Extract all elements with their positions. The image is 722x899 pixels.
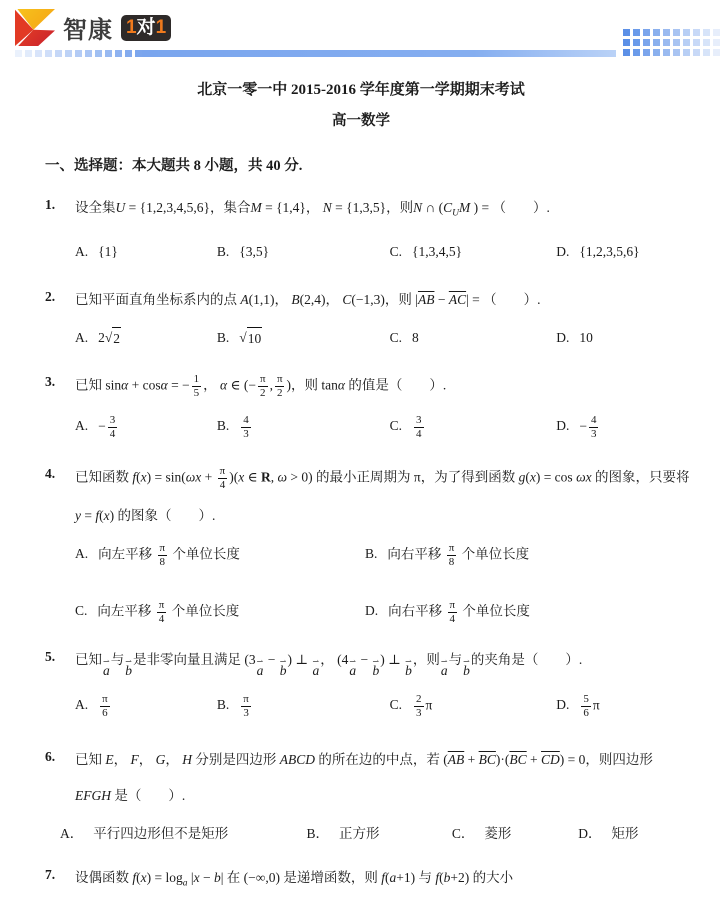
math-segment: 的大小 — [469, 870, 513, 885]
question-number: 5. — [45, 649, 75, 719]
math-segment: π4 — [157, 600, 167, 625]
math-segment: 的最小正周期为 — [313, 469, 414, 484]
option-D: D.向右平移 π4 个单位长度 — [365, 600, 692, 625]
math-segment: ωx — [576, 469, 592, 484]
math-segment: ∈ (− — [227, 377, 256, 392]
option-B: B．正方形 — [306, 823, 451, 845]
math-segment: )·( — [496, 752, 510, 767]
math-segment: = − — [168, 377, 190, 392]
math-segment: π6 — [100, 694, 110, 719]
math-segment: ， — [114, 752, 131, 767]
math-segment: ) = sin( — [147, 469, 186, 484]
math-segment: α — [161, 377, 168, 392]
math-segment: M — [459, 200, 470, 215]
math-segment: 分别是四边形 — [192, 752, 280, 767]
math-segment: 已知平面直角坐标系内的点 — [75, 292, 240, 307]
deco-dot — [673, 29, 680, 36]
option-A: A.2√2 — [75, 327, 217, 350]
math-segment: E — [105, 752, 113, 767]
badge-dui: 对 — [137, 17, 156, 38]
math-segment: ω — [277, 469, 287, 484]
question-5: 5.已知⇀a与⇀b是非零向量且满足 (3⇀a − ⇀b) ⊥ ⇀a， (4⇀a … — [45, 649, 692, 719]
math-segment: ， — [139, 752, 156, 767]
math-segment: + — [464, 752, 478, 767]
math-segment: 个单位长度 — [458, 546, 529, 561]
deco-blue-bar — [142, 50, 616, 57]
math-segment: 与 — [449, 652, 463, 667]
option-label: C. — [390, 244, 402, 259]
deco-dot — [703, 49, 710, 56]
math-segment: BC — [509, 752, 526, 767]
deco-dot — [135, 50, 142, 57]
math-segment: ) = cos — [536, 469, 576, 484]
math-segment: 是非零向量且满足 — [133, 652, 244, 667]
math-segment: CU — [443, 200, 459, 215]
math-segment: {1} — [98, 244, 118, 259]
question-stem-line2: EFGH 是（ ）. — [75, 785, 692, 807]
math-segment: 在 — [223, 870, 243, 885]
option-A: A.向左平移 π8 个单位长度 — [75, 543, 365, 568]
option-D: D．矩形 — [578, 823, 692, 845]
math-segment: ， — [275, 292, 292, 307]
math-segment: ， — [306, 200, 323, 215]
deco-dot — [713, 39, 720, 46]
math-segment: 的夹角是（ ）. — [471, 652, 582, 667]
math-segment: 向左平移 — [97, 603, 154, 618]
math-segment: (1,1) — [249, 292, 275, 307]
math-segment: 34 — [108, 415, 118, 440]
option-label: D. — [556, 418, 569, 433]
math-segment: loga — [166, 870, 188, 885]
math-segment: 43 — [241, 415, 251, 440]
options-row: A.{1}B.{3,5}C.{1,3,4,5}D.{1,2,3,5,6} — [75, 241, 692, 263]
question-stem: 已知 E， F， G， H 分别是四边形 ABCD 的所在边的中点，若 (AB … — [75, 749, 692, 771]
math-segment: tan — [321, 377, 338, 392]
math-segment: 的值是（ ）. — [345, 377, 446, 392]
question-3: 3.已知 sinα + cosα = −15， α ∈ (−π2,π2)，则 t… — [45, 374, 692, 440]
option-C: C.向左平移 π4 个单位长度 — [75, 600, 365, 625]
option-A: A.−34 — [75, 415, 217, 440]
math-segment: 正方形 — [339, 826, 380, 841]
math-segment: (2,4) — [300, 292, 326, 307]
option-B: B.{3,5} — [217, 241, 390, 263]
math-segment: 已知 — [75, 752, 105, 767]
option-B: B.43 — [217, 415, 390, 440]
option-label: B. — [217, 418, 229, 433]
option-A: A.π6 — [75, 694, 217, 719]
math-segment: | = （ ）. — [466, 292, 540, 307]
option-label: A. — [75, 244, 88, 259]
math-segment: 的图象，只要将 — [592, 469, 690, 484]
question-stem: 已知函数 f(x) = sin(ωx + π4)(x ∈ R, ω > 0) 的… — [75, 466, 692, 491]
math-segment: CD — [541, 752, 560, 767]
math-segment: π2 — [275, 374, 285, 399]
math-segment: ⇀b — [372, 659, 379, 678]
math-segment: ) ⊥ — [288, 652, 312, 667]
options-row: A．平行四边形但不是矩形B．正方形C．菱形D．矩形 — [60, 823, 692, 845]
math-segment: 向右平移 — [387, 546, 444, 561]
option-label: B. — [365, 546, 377, 561]
math-segment: M — [250, 200, 261, 215]
deco-dots-right — [623, 29, 720, 56]
math-segment: > 0) — [287, 469, 313, 484]
math-segment: R — [261, 469, 271, 484]
math-segment: ⇀a — [103, 659, 110, 678]
deco-dot — [703, 29, 710, 36]
math-segment: ，集合 — [210, 200, 251, 215]
math-segment: 与 — [111, 652, 125, 667]
math-segment: 15 — [192, 374, 202, 399]
question-body: 设偶函数 f(x) = loga |x − b| 在 (−∞,0) 是递增函数，… — [75, 867, 692, 895]
math-segment: F — [131, 752, 139, 767]
math-segment: + cos — [128, 377, 160, 392]
option-label: C. — [390, 697, 402, 712]
math-segment: )( — [229, 469, 238, 484]
option-label: C. — [390, 330, 402, 345]
section-heading: 一、选择题：本大题共 8 小题，共 40 分. — [45, 154, 722, 175]
math-segment: ， — [326, 292, 343, 307]
deco-dot — [713, 49, 720, 56]
math-segment: {1,2,3,5,6} — [579, 244, 639, 259]
option-label: A． — [60, 826, 83, 841]
deco-dot — [55, 50, 62, 57]
option-label: C． — [452, 826, 475, 841]
math-segment: ∩ ( — [422, 200, 443, 215]
option-label: A. — [75, 697, 88, 712]
option-label: D. — [556, 697, 569, 712]
option-label: A. — [75, 418, 88, 433]
math-segment: 平行四边形但不是矩形 — [93, 826, 228, 841]
option-B: B.π3 — [217, 694, 390, 719]
math-segment: 已知 — [75, 377, 105, 392]
deco-dot — [683, 39, 690, 46]
deco-dot — [663, 39, 670, 46]
math-segment: ，则 — [385, 292, 415, 307]
option-D: D.−43 — [556, 415, 692, 440]
question-stem: 设偶函数 f(x) = loga |x − b| 在 (−∞,0) 是递增函数，… — [75, 867, 692, 895]
deco-dot — [633, 29, 640, 36]
math-segment: ⇀a — [312, 659, 319, 678]
math-segment: ) = 0 — [560, 752, 586, 767]
brand-badge: 1对1 — [121, 15, 171, 41]
question-1: 1.设全集U = {1,2,3,4,5,6}，集合M = {1,4}， N = … — [45, 197, 692, 263]
math-segment: π8 — [447, 543, 457, 568]
math-segment: 矩形 — [611, 826, 638, 841]
math-segment: G — [156, 752, 166, 767]
math-segment: 的图象（ ）. — [114, 508, 215, 523]
option-label: D. — [556, 244, 569, 259]
option-C: C．菱形 — [452, 823, 578, 845]
math-segment: − — [357, 652, 371, 667]
math-segment: − — [264, 652, 278, 667]
question-body: 已知⇀a与⇀b是非零向量且满足 (3⇀a − ⇀b) ⊥ ⇀a， (4⇀a − … — [75, 649, 692, 719]
math-segment: N — [413, 200, 422, 215]
question-6: 6.已知 E， F， G， H 分别是四边形 ABCD 的所在边的中点，若 (A… — [45, 749, 692, 845]
math-segment: + — [201, 469, 215, 484]
option-label: B. — [217, 697, 229, 712]
deco-dot — [75, 50, 82, 57]
brand-header: 智康 1对1 — [0, 0, 722, 64]
option-D: D.10 — [556, 327, 692, 350]
deco-dot — [663, 49, 670, 56]
math-segment: π — [426, 697, 433, 712]
math-segment: ， — [203, 377, 220, 392]
math-segment: α — [338, 377, 345, 392]
brand-name: 智康 — [63, 10, 113, 45]
math-segment: π2 — [258, 374, 268, 399]
badge-one-left: 1 — [126, 17, 137, 38]
options-row: A.向左平移 π8 个单位长度B.向右平移 π8 个单位长度C.向左平移 π4 … — [75, 543, 692, 625]
math-segment: H — [182, 752, 192, 767]
deco-dot — [693, 49, 700, 56]
deco-dot — [693, 29, 700, 36]
option-B: B.向右平移 π8 个单位长度 — [365, 543, 692, 568]
math-segment: {3,5} — [239, 244, 269, 259]
options-row: A.π6B.π3C.23πD.56π — [75, 694, 692, 719]
math-segment: ⇀b — [405, 659, 412, 678]
deco-dot — [653, 29, 660, 36]
deco-dot — [623, 39, 630, 46]
option-label: C. — [75, 603, 87, 618]
deco-dot — [115, 50, 122, 57]
math-segment: ⇀a — [441, 659, 448, 678]
deco-dot — [85, 50, 92, 57]
question-body: 已知 E， F， G， H 分别是四边形 ABCD 的所在边的中点，若 (AB … — [75, 749, 692, 845]
math-segment: 是递增函数，则 — [280, 870, 381, 885]
math-segment: A — [240, 292, 248, 307]
math-segment: 个单位长度 — [459, 603, 530, 618]
deco-dot — [693, 39, 700, 46]
deco-dot — [643, 39, 650, 46]
question-stem-line2: y = f(x) 的图象（ ）. — [75, 505, 692, 527]
math-segment: , — [270, 377, 273, 392]
math-segment: AB — [448, 752, 465, 767]
deco-dot — [95, 50, 102, 57]
math-segment: ⇀b — [463, 659, 470, 678]
question-number: 7. — [45, 867, 75, 895]
math-segment: EFGH — [75, 788, 111, 803]
math-segment: 2 — [98, 330, 105, 345]
math-segment: − — [434, 292, 448, 307]
math-segment: ) = — [147, 870, 166, 885]
math-segment: ，则 — [413, 652, 440, 667]
deco-dot — [633, 49, 640, 56]
option-C: C.8 — [390, 327, 557, 350]
option-A: A.{1} — [75, 241, 217, 263]
deco-dot — [713, 29, 720, 36]
question-number: 3. — [45, 374, 75, 440]
deco-dot — [65, 50, 72, 57]
option-label: A. — [75, 330, 88, 345]
math-segment: − — [98, 418, 106, 433]
brand-logo-icon — [15, 9, 55, 46]
math-segment: 向右平移 — [388, 603, 445, 618]
math-segment: 设全集 — [75, 200, 116, 215]
math-segment: (3 — [244, 652, 255, 667]
math-segment: 与 — [415, 870, 435, 885]
math-segment: (−1,3) — [351, 292, 384, 307]
math-segment: π3 — [241, 694, 251, 719]
math-segment: sin — [105, 377, 121, 392]
math-segment: 23 — [414, 694, 424, 719]
deco-dot — [15, 50, 22, 57]
option-A: A．平行四边形但不是矩形 — [60, 823, 306, 845]
deco-dot — [673, 49, 680, 56]
options-row: A.−34B.43C.34D.−43 — [75, 415, 692, 440]
option-label: D． — [578, 826, 601, 841]
deco-dot — [703, 39, 710, 46]
math-segment: 43 — [589, 415, 599, 440]
math-segment: ，则 — [291, 377, 321, 392]
math-segment: = — [81, 508, 95, 523]
deco-dot — [653, 39, 660, 46]
question-number: 1. — [45, 197, 75, 263]
math-segment: 已知 — [75, 652, 102, 667]
math-segment: b — [214, 870, 221, 885]
option-label: B． — [306, 826, 329, 841]
math-segment: = {1,4} — [262, 200, 306, 215]
math-segment: BC — [479, 752, 496, 767]
math-segment: (−∞,0) — [244, 870, 280, 885]
questions-list: 1.设全集U = {1,2,3,4,5,6}，集合M = {1,4}， N = … — [0, 197, 722, 894]
math-segment: ，则四边形 — [585, 752, 653, 767]
question-stem: 设全集U = {1,2,3,4,5,6}，集合M = {1,4}， N = {1… — [75, 197, 692, 225]
question-number: 4. — [45, 466, 75, 625]
deco-dot — [25, 50, 32, 57]
deco-dot — [35, 50, 42, 57]
option-C: C.34 — [390, 415, 557, 440]
option-C: C.{1,3,4,5} — [390, 241, 557, 263]
badge-one-right: 1 — [156, 17, 167, 38]
math-segment: π4 — [218, 466, 228, 491]
question-stem: 已知⇀a与⇀b是非零向量且满足 (3⇀a − ⇀b) ⊥ ⇀a， (4⇀a − … — [75, 649, 692, 678]
exam-title: 北京一零一中 2015-2016 学年度第一学期期末考试 — [0, 78, 722, 99]
math-segment: AB — [418, 292, 435, 307]
math-segment: 设偶函数 — [75, 870, 132, 885]
math-segment: 已知函数 — [75, 469, 132, 484]
math-segment: {1,3,4,5} — [412, 244, 462, 259]
question-body: 设全集U = {1,2,3,4,5,6}，集合M = {1,4}， N = {1… — [75, 197, 692, 263]
exam-subtitle: 高一数学 — [0, 109, 722, 130]
option-label: A. — [75, 546, 88, 561]
math-segment: 是（ ）. — [111, 788, 185, 803]
question-body: 已知函数 f(x) = sin(ωx + π4)(x ∈ R, ω > 0) 的… — [75, 466, 692, 625]
deco-dot — [623, 49, 630, 56]
math-segment: U — [116, 200, 126, 215]
option-B: B.√10 — [217, 327, 390, 350]
math-segment: π4 — [447, 600, 457, 625]
deco-dot — [105, 50, 112, 57]
math-segment: ABCD — [280, 752, 315, 767]
math-segment: + — [527, 752, 541, 767]
question-number: 2. — [45, 289, 75, 350]
option-C: C.23π — [390, 694, 557, 719]
math-segment: +2) — [450, 870, 469, 885]
deco-dot — [45, 50, 52, 57]
deco-dot — [643, 49, 650, 56]
math-segment: ) ⊥ — [380, 652, 404, 667]
question-body: 已知平面直角坐标系内的点 A(1,1)， B(2,4)， C(−1,3)，则 |… — [75, 289, 692, 350]
deco-dot — [125, 50, 132, 57]
math-segment: 的所在边的中点，若 — [315, 752, 443, 767]
math-segment: 10 — [579, 330, 593, 345]
math-segment: ) = （ ）. — [470, 200, 550, 215]
deco-dot — [623, 29, 630, 36]
deco-dot — [663, 29, 670, 36]
option-D: D.56π — [556, 694, 692, 719]
math-segment: ⇀a — [257, 659, 264, 678]
math-segment: AC — [449, 292, 466, 307]
math-segment: 56 — [581, 694, 591, 719]
question-7: 7.设偶函数 f(x) = loga |x − b| 在 (−∞,0) 是递增函… — [45, 867, 692, 895]
deco-dot — [643, 29, 650, 36]
math-segment: 34 — [414, 415, 424, 440]
question-stem: 已知 sinα + cosα = −15， α ∈ (−π2,π2)，则 tan… — [75, 374, 692, 399]
options-row: A.2√2B.√10C.8D.10 — [75, 327, 692, 350]
math-segment: N — [323, 200, 332, 215]
option-label: B. — [217, 330, 229, 345]
question-4: 4.已知函数 f(x) = sin(ωx + π4)(x ∈ R, ω > 0)… — [45, 466, 692, 625]
option-D: D.{1,2,3,5,6} — [556, 241, 692, 263]
math-segment: ， — [320, 652, 337, 667]
option-label: D. — [556, 330, 569, 345]
math-segment: ωx — [186, 469, 202, 484]
option-label: D. — [365, 603, 378, 618]
option-label: C. — [390, 418, 402, 433]
math-segment: ，为了得到函数 — [421, 469, 519, 484]
math-segment: ， — [165, 752, 182, 767]
brand-logo: 智康 1对1 — [15, 9, 171, 46]
deco-dot — [653, 49, 660, 56]
math-segment: = {1,2,3,4,5,6} — [125, 200, 210, 215]
math-segment: 个单位长度 — [169, 546, 240, 561]
math-segment: 菱形 — [484, 826, 511, 841]
math-segment: π — [414, 469, 421, 484]
math-segment: π — [593, 697, 600, 712]
math-segment: = {1,3,5} — [332, 200, 386, 215]
math-segment: 个单位长度 — [168, 603, 239, 618]
math-segment: (4 — [337, 652, 348, 667]
deco-dot — [673, 39, 680, 46]
math-segment: ⇀a — [349, 659, 356, 678]
math-segment: ⇀b — [125, 659, 132, 678]
math-segment: 8 — [412, 330, 419, 345]
option-label: B. — [217, 244, 229, 259]
math-segment: +1) — [396, 870, 415, 885]
deco-dots-left — [15, 50, 142, 57]
math-segment: π8 — [158, 543, 168, 568]
deco-dot — [683, 49, 690, 56]
deco-dot — [633, 39, 640, 46]
math-segment: 向左平移 — [98, 546, 155, 561]
math-segment: B — [291, 292, 299, 307]
math-segment: √2 — [105, 327, 121, 350]
math-segment: ∈ — [244, 469, 261, 484]
math-segment: − — [579, 418, 587, 433]
question-2: 2.已知平面直角坐标系内的点 A(1,1)， B(2,4)， C(−1,3)，则… — [45, 289, 692, 350]
math-segment: − — [200, 870, 214, 885]
deco-dot — [683, 29, 690, 36]
question-stem: 已知平面直角坐标系内的点 A(1,1)， B(2,4)， C(−1,3)，则 |… — [75, 289, 692, 311]
math-segment: ，则 — [386, 200, 413, 215]
math-segment: ⇀b — [280, 659, 287, 678]
math-segment: √10 — [239, 327, 262, 350]
question-body: 已知 sinα + cosα = −15， α ∈ (−π2,π2)，则 tan… — [75, 374, 692, 440]
